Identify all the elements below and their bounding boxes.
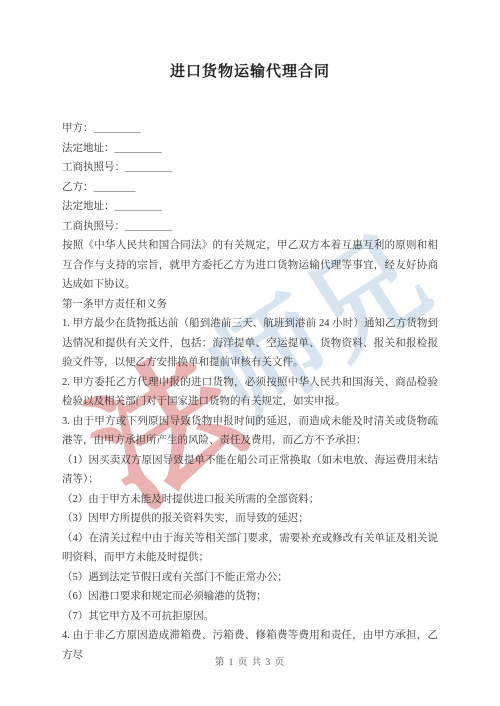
- paragraph-clause-1: 1. 甲方最少在货物抵达前（船到港前三天、航班到港前 24 小时）通知乙方货物到…: [62, 314, 438, 373]
- field-blank: _________: [94, 123, 141, 134]
- page-number: 第 1 页 共 3 页: [0, 654, 500, 668]
- field-row-party-b-license: 工商执照号：_________: [62, 217, 438, 237]
- paragraph-preamble: 按照《中华人民共和国合同法》的有关规定，甲乙双方本着互惠互利的原则和相互合作与支…: [62, 236, 438, 295]
- field-row-party-a: 甲方：_________: [62, 119, 438, 139]
- paragraph-clause-3-item-5: （5）遇到法定节假日或有关部门不能正常办公；: [62, 568, 438, 588]
- field-label: 法定地址：: [62, 143, 115, 154]
- field-label: 乙方：: [62, 182, 94, 193]
- paragraph-clause-3-item-2: （2）由于甲方未能及时提供进口报关所需的全部资料；: [62, 490, 438, 510]
- field-row-party-a-address: 法定地址：_________: [62, 139, 438, 159]
- field-label: 工商执照号：: [62, 221, 125, 232]
- document-title: 进口货物运输代理合同: [0, 0, 500, 81]
- field-label: 甲方：: [62, 123, 94, 134]
- field-blank: _________: [125, 221, 172, 232]
- field-blank: _________: [125, 162, 172, 173]
- field-row-party-b: 乙方：________: [62, 178, 438, 198]
- paragraph-clause-3-item-4: （4）在清关过程中由于海关等相关部门要求，需要补充或修改有关单证及相关说明资料，…: [62, 529, 438, 568]
- contract-page: 法师兄 进口货物运输代理合同 甲方：_________ 法定地址：_______…: [0, 0, 500, 706]
- field-blank: ________: [94, 182, 136, 193]
- paragraph-clause-3-item-7: （7）其它甲方及不可抗拒原因。: [62, 607, 438, 627]
- paragraph-clause-3-item-3: （3）因甲方所提供的报关资料失实，而导致的延迟；: [62, 509, 438, 529]
- field-blank: _________: [115, 143, 162, 154]
- section-heading-article-1: 第一条甲方责任和义务: [62, 295, 438, 315]
- field-label: 法定地址：: [62, 201, 115, 212]
- document-body: 甲方：_________ 法定地址：_________ 工商执照号：______…: [0, 119, 500, 665]
- paragraph-clause-3: 3. 由于甲方或下列原因导致货物申报时间的延迟，而造成未能及时清关或货物疏港等，…: [62, 412, 438, 451]
- paragraph-clause-3-item-6: （6）因港口要求和规定而必须输港的货物；: [62, 587, 438, 607]
- paragraph-clause-2: 2. 甲方委托乙方代理申报的进口货物，必须按照中华人民共和国海关、商品检验检验以…: [62, 373, 438, 412]
- field-label: 工商执照号：: [62, 162, 125, 173]
- field-blank: _________: [115, 201, 162, 212]
- field-row-party-b-address: 法定地址：_________: [62, 197, 438, 217]
- field-row-party-a-license: 工商执照号：_________: [62, 158, 438, 178]
- paragraph-clause-3-item-1: （1）因买卖双方原因导致提单不能在船公司正常换取（如未电放、海运费用未结清等）；: [62, 451, 438, 490]
